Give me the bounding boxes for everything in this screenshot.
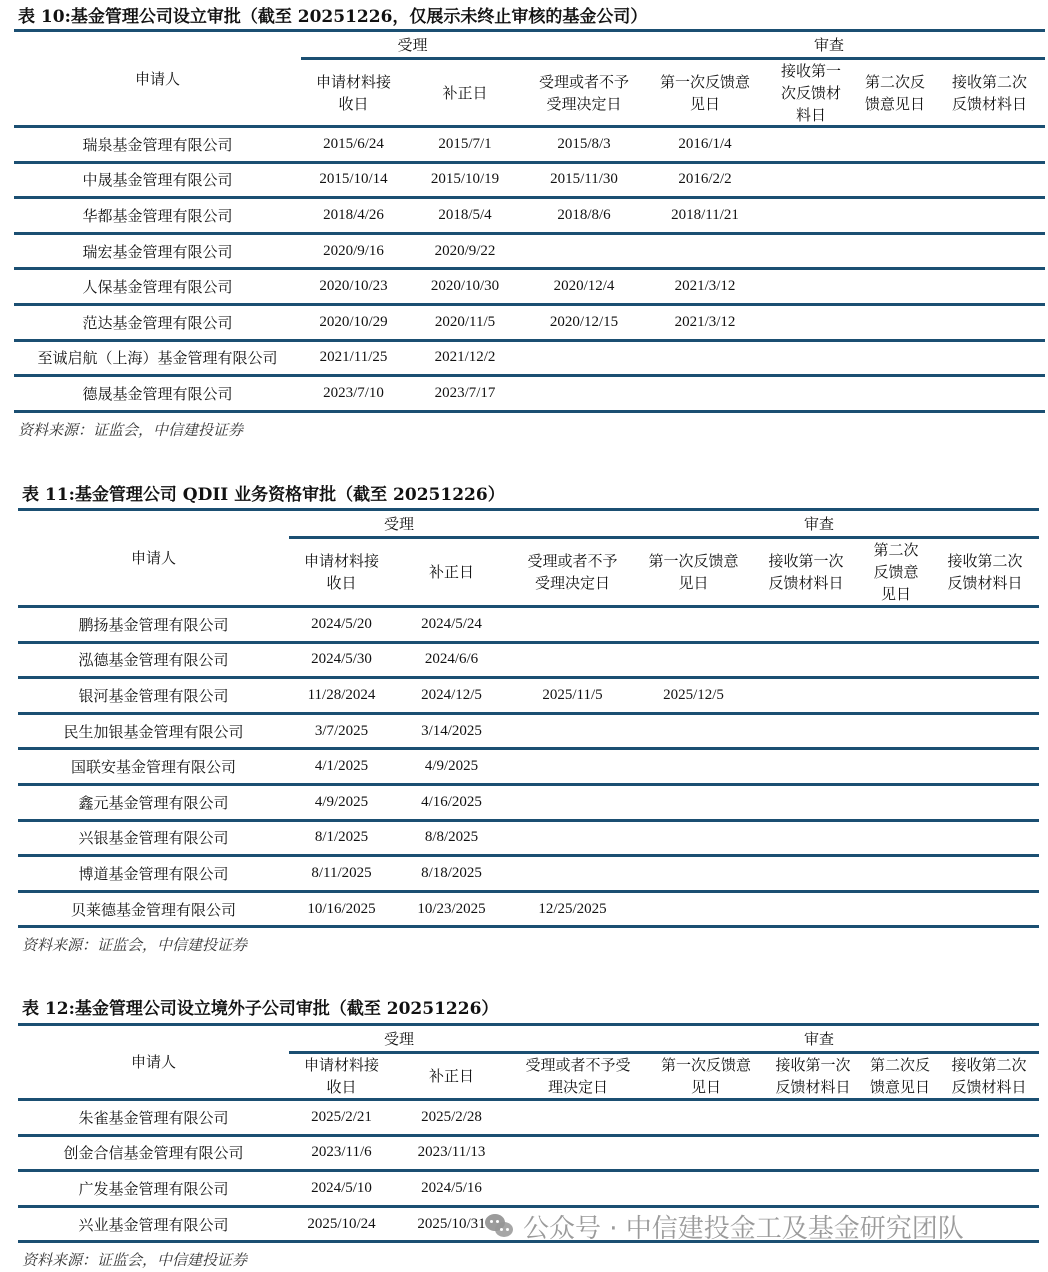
date-cell: 2023/7/10	[301, 377, 406, 410]
column-header-label: 申请材料接 收日	[304, 1054, 379, 1098]
date-cell	[861, 857, 931, 890]
group-header-accept: 受理	[373, 34, 453, 55]
date-cell	[644, 377, 766, 410]
date-cell: 3/7/2025	[289, 715, 394, 748]
date-cell: 2020/10/30	[406, 270, 524, 303]
table-row: 银河基金管理有限公司11/28/20242024/12/52025/11/520…	[18, 679, 1039, 715]
date-cell	[861, 608, 931, 641]
table-row: 鹏扬基金管理有限公司2024/5/202024/5/24	[18, 608, 1039, 644]
applicant-name: 朱雀基金管理有限公司	[18, 1101, 289, 1134]
source-note: 资料来源：证监会，中信建投证券	[18, 419, 243, 440]
date-cell	[934, 199, 1045, 232]
date-cell: 2015/7/1	[406, 128, 524, 161]
date-cell	[751, 893, 861, 926]
date-cell: 2016/2/2	[644, 164, 766, 197]
date-cell	[931, 608, 1039, 641]
date-cell: 2025/10/24	[289, 1208, 394, 1241]
date-cell	[751, 679, 861, 712]
date-cell	[647, 1208, 765, 1241]
date-cell	[751, 715, 861, 748]
group-header-review: 审查	[779, 1028, 859, 1049]
date-cell: 2024/5/20	[289, 608, 394, 641]
date-cell: 10/16/2025	[289, 893, 394, 926]
column-header-applicant: 申请人	[14, 32, 301, 125]
date-cell	[636, 750, 751, 783]
group-header-review: 审查	[789, 34, 869, 55]
column-header-label: 第一次反馈意 见日	[648, 550, 738, 594]
date-cell	[861, 679, 931, 712]
date-cell	[766, 128, 856, 161]
date-cell	[931, 857, 1039, 890]
date-cell	[765, 1137, 861, 1170]
table-row: 兴银基金管理有限公司8/1/20258/8/2025	[18, 822, 1039, 858]
date-cell: 2024/5/16	[394, 1172, 509, 1205]
date-cell	[931, 715, 1039, 748]
date-cell	[939, 1208, 1039, 1241]
date-cell	[766, 235, 856, 268]
applicant-name: 范达基金管理有限公司	[14, 306, 301, 339]
column-header-label: 第一次反馈意 见日	[661, 1054, 751, 1098]
column-header-label: 申请材料接 收日	[304, 550, 379, 594]
date-cell	[765, 1101, 861, 1134]
column-header-applicant: 申请人	[18, 511, 289, 605]
applicant-name: 博道基金管理有限公司	[18, 857, 289, 890]
date-cell: 10/23/2025	[394, 893, 509, 926]
applicant-name: 鑫元基金管理有限公司	[18, 786, 289, 819]
table-row: 德晟基金管理有限公司2023/7/102023/7/17	[14, 377, 1045, 413]
date-cell	[934, 306, 1045, 339]
date-cell	[509, 1137, 647, 1170]
date-cell: 2025/10/31	[394, 1208, 509, 1241]
date-cell	[856, 270, 934, 303]
table-row: 瑞宏基金管理有限公司2020/9/162020/9/22	[14, 235, 1045, 271]
date-cell	[509, 857, 636, 890]
column-header-label: 第二次反 馈意见日	[865, 71, 925, 115]
column-header-label: 补正日	[442, 82, 487, 104]
date-cell: 2020/11/5	[406, 306, 524, 339]
date-cell: 2025/12/5	[636, 679, 751, 712]
column-header-label: 受理或者不予 受理决定日	[539, 71, 629, 115]
date-cell: 2015/10/14	[301, 164, 406, 197]
column-header: 接收第一 次反馈材 料日	[766, 60, 856, 125]
column-header-label: 第二次反 馈意见日	[870, 1054, 930, 1098]
date-cell: 2020/9/22	[406, 235, 524, 268]
data-table: 受理审查申请人申请材料接 收日补正日受理或者不予 受理决定日第一次反馈意 见日接…	[18, 508, 1039, 928]
date-cell: 4/9/2025	[394, 750, 509, 783]
date-cell	[766, 306, 856, 339]
date-cell	[751, 644, 861, 677]
table-title: 表 11:基金管理公司 QDII 业务资格审批（截至 20251226）	[22, 480, 505, 505]
table-row: 广发基金管理有限公司2024/5/102024/5/16	[18, 1172, 1039, 1208]
data-table: 受理审查申请人申请材料接 收日补正日受理或者不予受 理决定日第一次反馈意 见日接…	[18, 1023, 1039, 1243]
date-cell: 8/8/2025	[394, 822, 509, 855]
applicant-name: 民生加银基金管理有限公司	[18, 715, 289, 748]
column-header-label: 受理或者不予 受理决定日	[527, 550, 617, 594]
date-cell: 2020/10/29	[301, 306, 406, 339]
date-cell: 2020/12/15	[524, 306, 644, 339]
date-cell	[856, 128, 934, 161]
table-row: 人保基金管理有限公司2020/10/232020/10/302020/12/42…	[14, 270, 1045, 306]
date-cell: 4/9/2025	[289, 786, 394, 819]
date-cell	[861, 750, 931, 783]
date-cell	[931, 644, 1039, 677]
date-cell	[931, 786, 1039, 819]
date-cell: 12/25/2025	[509, 893, 636, 926]
date-cell	[766, 377, 856, 410]
table-row: 创金合信基金管理有限公司2023/11/62023/11/13	[18, 1137, 1039, 1173]
date-cell	[939, 1137, 1039, 1170]
date-cell	[636, 715, 751, 748]
date-cell	[766, 164, 856, 197]
date-cell	[509, 750, 636, 783]
table-row: 民生加银基金管理有限公司3/7/20253/14/2025	[18, 715, 1039, 751]
applicant-name: 广发基金管理有限公司	[18, 1172, 289, 1205]
column-header: 第一次反馈意 见日	[644, 60, 766, 125]
date-cell	[861, 786, 931, 819]
applicant-name: 人保基金管理有限公司	[14, 270, 301, 303]
applicant-name: 创金合信基金管理有限公司	[18, 1137, 289, 1170]
date-cell	[939, 1101, 1039, 1134]
date-cell	[509, 1172, 647, 1205]
date-cell	[647, 1137, 765, 1170]
date-cell: 2024/5/24	[394, 608, 509, 641]
date-cell: 2024/6/6	[394, 644, 509, 677]
column-header-label: 接收第一次 反馈材料日	[768, 550, 843, 594]
source-note: 资料来源：证监会，中信建投证券	[22, 934, 247, 955]
date-cell	[751, 750, 861, 783]
table-row: 范达基金管理有限公司2020/10/292020/11/52020/12/152…	[14, 306, 1045, 342]
column-header: 接收第一次 反馈材料日	[751, 539, 861, 605]
date-cell: 2020/12/4	[524, 270, 644, 303]
date-cell	[861, 1172, 939, 1205]
date-cell	[509, 822, 636, 855]
date-cell	[934, 377, 1045, 410]
group-header-accept: 受理	[359, 513, 439, 534]
date-cell	[934, 128, 1045, 161]
date-cell	[931, 679, 1039, 712]
table-row: 瑞泉基金管理有限公司2015/6/242015/7/12015/8/32016/…	[14, 128, 1045, 164]
date-cell	[509, 786, 636, 819]
group-header-accept: 受理	[359, 1028, 439, 1049]
date-cell	[861, 644, 931, 677]
column-header-label: 接收第二次 反馈材料日	[951, 1054, 1026, 1098]
date-cell	[861, 822, 931, 855]
column-header: 受理或者不予 受理决定日	[509, 539, 636, 605]
date-cell: 2023/11/13	[394, 1137, 509, 1170]
date-cell	[861, 1137, 939, 1170]
applicant-name: 泓德基金管理有限公司	[18, 644, 289, 677]
group-header-review: 审查	[779, 513, 859, 534]
date-cell: 3/14/2025	[394, 715, 509, 748]
date-cell: 2018/5/4	[406, 199, 524, 232]
applicant-name: 兴银基金管理有限公司	[18, 822, 289, 855]
date-cell	[644, 235, 766, 268]
table-row: 中晟基金管理有限公司2015/10/142015/10/192015/11/30…	[14, 164, 1045, 200]
applicant-name: 至诚启航（上海）基金管理有限公司	[14, 342, 301, 375]
date-cell: 8/11/2025	[289, 857, 394, 890]
table-row: 朱雀基金管理有限公司2025/2/212025/2/28	[18, 1101, 1039, 1137]
date-cell	[861, 1208, 939, 1241]
column-header: 受理或者不予 受理决定日	[524, 60, 644, 125]
data-table: 受理审查申请人申请材料接 收日补正日受理或者不予 受理决定日第一次反馈意 见日接…	[14, 29, 1045, 413]
column-header-label: 接收第二次 反馈材料日	[947, 550, 1022, 594]
column-header: 第一次反馈意 见日	[636, 539, 751, 605]
column-header: 第一次反馈意 见日	[647, 1054, 765, 1098]
column-header: 补正日	[394, 539, 509, 605]
date-cell	[509, 644, 636, 677]
applicant-name: 瑞宏基金管理有限公司	[14, 235, 301, 268]
column-header-label: 接收第一 次反馈材 料日	[781, 60, 841, 126]
date-cell	[856, 199, 934, 232]
date-cell: 2018/11/21	[644, 199, 766, 232]
applicant-name: 贝莱德基金管理有限公司	[18, 893, 289, 926]
column-header: 申请材料接 收日	[301, 60, 406, 125]
applicant-name: 德晟基金管理有限公司	[14, 377, 301, 410]
date-cell	[931, 750, 1039, 783]
date-cell: 2021/12/2	[406, 342, 524, 375]
date-cell	[524, 235, 644, 268]
column-header: 接收第二次 反馈材料日	[934, 60, 1045, 125]
date-cell: 2024/12/5	[394, 679, 509, 712]
column-header: 第二次反 馈意见日	[861, 1054, 939, 1098]
date-cell	[524, 377, 644, 410]
date-cell: 2024/5/10	[289, 1172, 394, 1205]
date-cell	[856, 306, 934, 339]
column-header-label: 第二次 反馈意 见日	[873, 539, 918, 605]
table-row: 博道基金管理有限公司8/11/20258/18/2025	[18, 857, 1039, 893]
column-header-label: 第一次反馈意 见日	[660, 71, 750, 115]
date-cell: 2015/11/30	[524, 164, 644, 197]
applicant-name: 中晟基金管理有限公司	[14, 164, 301, 197]
column-header: 补正日	[406, 60, 524, 125]
column-header: 第二次 反馈意 见日	[861, 539, 931, 605]
date-cell	[856, 377, 934, 410]
column-header-label: 接收第一次 反馈材料日	[775, 1054, 850, 1098]
date-cell	[765, 1172, 861, 1205]
date-cell: 2018/4/26	[301, 199, 406, 232]
date-cell: 2025/2/28	[394, 1101, 509, 1134]
date-cell	[524, 342, 644, 375]
date-cell	[766, 199, 856, 232]
date-cell: 2021/11/25	[301, 342, 406, 375]
date-cell: 2020/9/16	[301, 235, 406, 268]
date-cell	[931, 822, 1039, 855]
table-title: 表 10:基金管理公司设立审批（截至 20251226，仅展示未终止审核的基金公…	[18, 2, 647, 27]
date-cell: 2020/10/23	[301, 270, 406, 303]
date-cell	[934, 164, 1045, 197]
date-cell	[636, 857, 751, 890]
column-header-label: 申请材料接 收日	[316, 71, 391, 115]
date-cell	[509, 1101, 647, 1134]
column-header: 补正日	[394, 1054, 509, 1098]
date-cell	[636, 822, 751, 855]
date-cell: 8/1/2025	[289, 822, 394, 855]
table-title: 表 12:基金管理公司设立境外子公司审批（截至 20251226）	[22, 994, 498, 1019]
column-header-label: 接收第二次 反馈材料日	[952, 71, 1027, 115]
date-cell: 2021/3/12	[644, 306, 766, 339]
date-cell	[644, 342, 766, 375]
column-header: 第二次反 馈意见日	[856, 60, 934, 125]
table-row: 贝莱德基金管理有限公司10/16/202510/23/202512/25/202…	[18, 893, 1039, 929]
date-cell	[765, 1208, 861, 1241]
date-cell	[934, 270, 1045, 303]
date-cell	[766, 342, 856, 375]
date-cell	[861, 715, 931, 748]
column-header-label: 补正日	[429, 561, 474, 583]
applicant-name: 鹏扬基金管理有限公司	[18, 608, 289, 641]
date-cell: 4/1/2025	[289, 750, 394, 783]
column-header: 接收第一次 反馈材料日	[765, 1054, 861, 1098]
date-cell	[509, 715, 636, 748]
date-cell: 2023/7/17	[406, 377, 524, 410]
date-cell	[636, 644, 751, 677]
column-header-applicant: 申请人	[18, 1026, 289, 1098]
date-cell: 2018/8/6	[524, 199, 644, 232]
date-cell	[751, 822, 861, 855]
date-cell	[934, 342, 1045, 375]
table-row: 兴业基金管理有限公司2025/10/242025/10/31	[18, 1208, 1039, 1244]
date-cell	[751, 608, 861, 641]
applicant-name: 瑞泉基金管理有限公司	[14, 128, 301, 161]
date-cell: 2025/11/5	[509, 679, 636, 712]
table-header: 受理审查申请人申请材料接 收日补正日受理或者不予 受理决定日第一次反馈意 见日接…	[14, 32, 1045, 128]
column-header: 受理或者不予受 理决定日	[509, 1054, 647, 1098]
date-cell	[856, 164, 934, 197]
date-cell	[636, 893, 751, 926]
date-cell	[509, 1208, 647, 1241]
table-header: 受理审查申请人申请材料接 收日补正日受理或者不予 受理决定日第一次反馈意 见日接…	[18, 511, 1039, 608]
date-cell	[856, 342, 934, 375]
date-cell: 8/18/2025	[394, 857, 509, 890]
date-cell	[636, 786, 751, 819]
date-cell	[636, 608, 751, 641]
applicant-name: 国联安基金管理有限公司	[18, 750, 289, 783]
date-cell	[647, 1101, 765, 1134]
column-header: 申请材料接 收日	[289, 1054, 394, 1098]
date-cell: 2024/5/30	[289, 644, 394, 677]
date-cell: 2015/8/3	[524, 128, 644, 161]
table-row: 华都基金管理有限公司2018/4/262018/5/42018/8/62018/…	[14, 199, 1045, 235]
date-cell	[751, 857, 861, 890]
applicant-name: 银河基金管理有限公司	[18, 679, 289, 712]
column-header-label: 受理或者不予受 理决定日	[525, 1054, 630, 1098]
table-row: 至诚启航（上海）基金管理有限公司2021/11/252021/12/2	[14, 342, 1045, 378]
date-cell: 2015/10/19	[406, 164, 524, 197]
applicant-name: 兴业基金管理有限公司	[18, 1208, 289, 1241]
date-cell: 4/16/2025	[394, 786, 509, 819]
column-header: 接收第二次 反馈材料日	[939, 1054, 1039, 1098]
date-cell	[931, 893, 1039, 926]
date-cell	[861, 893, 931, 926]
date-cell: 2021/3/12	[644, 270, 766, 303]
column-header: 接收第二次 反馈材料日	[931, 539, 1039, 605]
table-header: 受理审查申请人申请材料接 收日补正日受理或者不予受 理决定日第一次反馈意 见日接…	[18, 1026, 1039, 1101]
date-cell: 11/28/2024	[289, 679, 394, 712]
date-cell	[647, 1172, 765, 1205]
column-header-label: 补正日	[429, 1065, 474, 1087]
date-cell: 2025/2/21	[289, 1101, 394, 1134]
column-header: 申请材料接 收日	[289, 539, 394, 605]
date-cell	[939, 1172, 1039, 1205]
date-cell	[856, 235, 934, 268]
date-cell	[766, 270, 856, 303]
date-cell: 2023/11/6	[289, 1137, 394, 1170]
table-row: 国联安基金管理有限公司4/1/20254/9/2025	[18, 750, 1039, 786]
date-cell: 2016/1/4	[644, 128, 766, 161]
table-row: 鑫元基金管理有限公司4/9/20254/16/2025	[18, 786, 1039, 822]
date-cell	[861, 1101, 939, 1134]
table-row: 泓德基金管理有限公司2024/5/302024/6/6	[18, 644, 1039, 680]
applicant-name: 华都基金管理有限公司	[14, 199, 301, 232]
source-note: 资料来源：证监会，中信建投证券	[22, 1249, 247, 1270]
date-cell	[934, 235, 1045, 268]
date-cell	[509, 608, 636, 641]
date-cell	[751, 786, 861, 819]
date-cell: 2015/6/24	[301, 128, 406, 161]
